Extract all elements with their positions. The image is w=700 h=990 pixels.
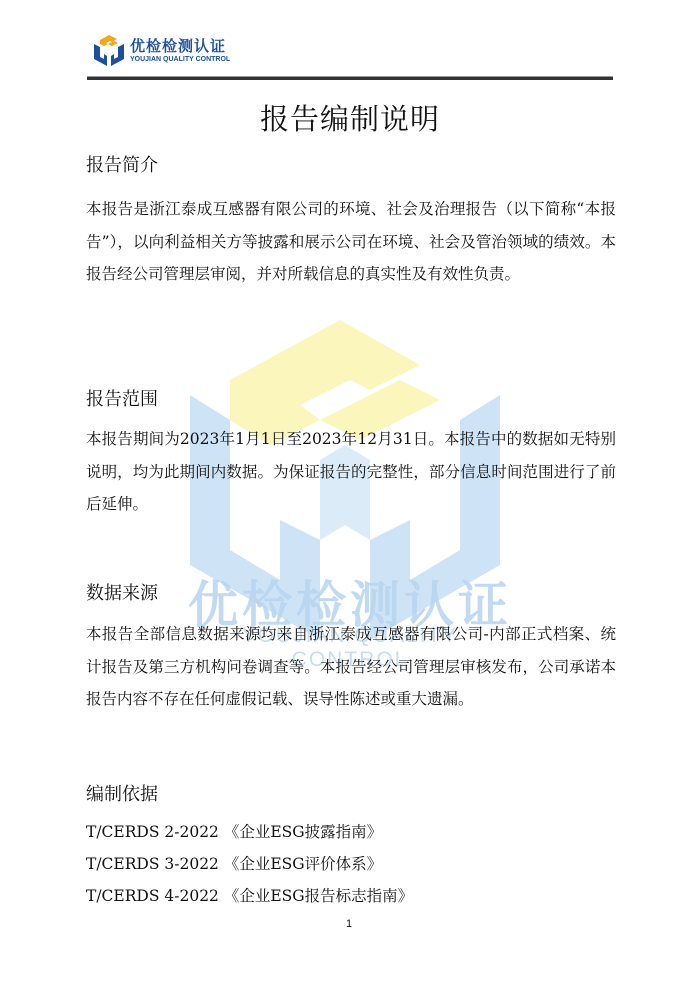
logo-text-cn: 优检检测认证	[130, 37, 230, 55]
reference-item: T/CERDS 2-2022 《企业ESG披露指南》	[86, 816, 382, 848]
cube-logo-icon	[92, 32, 126, 68]
section-heading-scope: 报告范围	[86, 385, 158, 411]
logo-text-en: YOUJIAN QUALITY CONTROL	[130, 55, 230, 64]
header-logo: 优检检测认证 YOUJIAN QUALITY CONTROL	[92, 32, 230, 68]
section-body-data-source: 本报告全部信息数据来源均来自浙江泰成互感器有限公司-内部正式档案、统计报告及第三…	[86, 618, 616, 716]
section-heading-data-source: 数据来源	[86, 579, 158, 605]
page-title: 报告编制说明	[0, 97, 700, 138]
reference-item: T/CERDS 4-2022 《企业ESG报告标志指南》	[86, 880, 413, 912]
header-divider	[87, 76, 613, 80]
section-heading-basis: 编制依据	[86, 780, 158, 806]
section-body-intro: 本报告是浙江泰成互感器有限公司的环境、社会及治理报告（以下简称“本报告”），以向…	[86, 193, 616, 291]
reference-item: T/CERDS 3-2022 《企业ESG评价体系》	[86, 848, 382, 880]
page-number: 1	[346, 918, 352, 930]
section-body-scope: 本报告期间为2023年1月1日至2023年12月31日。本报告中的数据如无特别说…	[86, 423, 616, 521]
section-heading-intro: 报告简介	[86, 151, 158, 177]
